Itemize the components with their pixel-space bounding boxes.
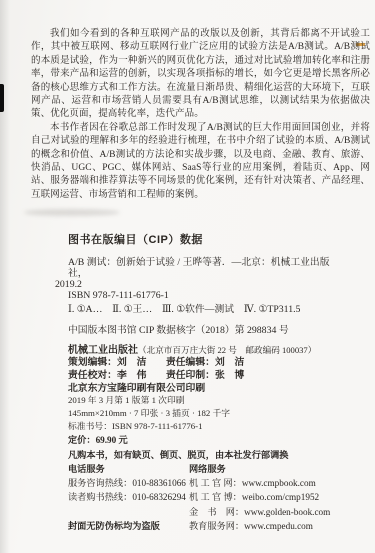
format-line: 145mm×210mm · 7 印张 · 3 插页 · 182 千字 <box>68 406 230 419</box>
proofreader-line: 责任校对：李 伟 责任印制：张 博 <box>68 367 244 381</box>
network-item-label: 金 书 网： <box>189 507 244 517</box>
standard-book-number-line: 标准书号：ISBN 978-7-111-61776-1 <box>68 419 203 432</box>
network-item-label: 机 工 官 博： <box>189 492 242 502</box>
network-item-value: www.cmpedu.com <box>244 521 313 531</box>
intro-section: 我们如今看到的各种互联网产品的改版以及创新，其背后都离不开试验工作，其中被互联网… <box>31 28 370 202</box>
network-item: 金 书 网：www.golden-book.com <box>189 505 330 519</box>
anti-piracy-note: 封面无防伪标均为盗版 <box>68 519 189 533</box>
copyright-page: 我们如今看到的各种互联网产品的改版以及创新，其背后都离不开试验工作，其中被互联网… <box>0 0 375 553</box>
network-item: 机 工 官 网：www.cmpbook.com <box>189 476 330 490</box>
standard-book-number-label: 标准书号： <box>68 421 112 431</box>
cip-entry: A/B 测试：创新始于试验 / 王晔等著．—北京：机械工业出版社， 2019.2… <box>55 257 345 301</box>
network-item-value: www.golden-book.com <box>244 507 330 517</box>
standard-book-number-value: ISBN 978-7-111-61776-1 <box>112 421 203 431</box>
intro-paragraph-1: 我们如今看到的各种互联网产品的改版以及创新，其背后都离不开试验工作，其中被互联网… <box>31 28 370 122</box>
edition-line: 2019 年 3 月第 1 版第 1 次印刷 <box>68 393 185 406</box>
empty-cell <box>68 505 189 519</box>
phone-item-label: 服务咨询热线： <box>68 478 132 488</box>
price-value: 69.90 元 <box>96 435 128 445</box>
phone-item-value: 010-88361066 <box>132 478 186 488</box>
network-item-value: www.cmpbook.com <box>242 478 316 488</box>
network-item-value: weibo.com/cmp1952 <box>242 492 319 502</box>
network-item-label: 机 工 官 网： <box>189 478 242 488</box>
cip-entry-line2: 2019.2 <box>55 279 345 290</box>
price-line: 定价：69.90 元 <box>68 432 128 446</box>
phone-item-value: 010-68326294 <box>132 492 186 502</box>
cip-classification: Ⅰ. ①A… Ⅱ. ①王… Ⅲ. ①软件—测试 Ⅳ. ①TP311.5 <box>68 301 300 315</box>
intro-paragraph-2: 本书作者因在谷歌总部工作时发现了A/B测试的巨大作用面回国创业，并将自己对试验的… <box>31 122 370 202</box>
exchange-notice: 凡购本书，如有缺页、倒页、脱页，由本社发行部调换 <box>68 448 330 462</box>
network-item-label: 教育服务网： <box>189 521 244 531</box>
price-label: 定价： <box>68 435 96 445</box>
phone-item: 服务咨询热线：010-88361066 <box>68 476 189 490</box>
service-section: 凡购本书，如有缺页、倒页、脱页，由本社发行部调换 电话服务 网络服务 服务咨询热… <box>68 448 330 533</box>
network-service-title: 网络服务 <box>189 462 330 476</box>
editors-line: 策划编辑：刘 洁 责任编辑：刘 洁 <box>68 354 244 368</box>
scan-edge-shadow <box>0 0 10 553</box>
scan-artifact-smudge <box>24 209 120 216</box>
cip-isbn: ISBN 978-7-111-61776-1 <box>68 290 345 301</box>
phone-item-label: 读者购书热线： <box>68 492 132 502</box>
phone-service-title: 电话服务 <box>68 462 189 476</box>
network-item: 教育服务网：www.cmpedu.com <box>189 519 330 533</box>
phone-item: 读者购书热线：010-68326294 <box>68 490 189 504</box>
cip-section-title: 图书在版编目（CIP）数据 <box>68 231 203 247</box>
printer-line: 北京东方宝隆印刷有限公司印刷 <box>68 380 205 394</box>
scan-artifact-left-mark <box>0 84 4 112</box>
service-grid: 电话服务 网络服务 服务咨询热线：010-88361066 机 工 官 网：ww… <box>68 462 330 533</box>
cip-entry-line1: A/B 测试：创新始于试验 / 王晔等著．—北京：机械工业出版社， <box>68 257 345 279</box>
network-item: 机 工 官 博：weibo.com/cmp1952 <box>189 490 330 504</box>
cip-record-number: 中国版本图书馆 CIP 数据核字（2018）第 298834 号 <box>68 322 289 336</box>
